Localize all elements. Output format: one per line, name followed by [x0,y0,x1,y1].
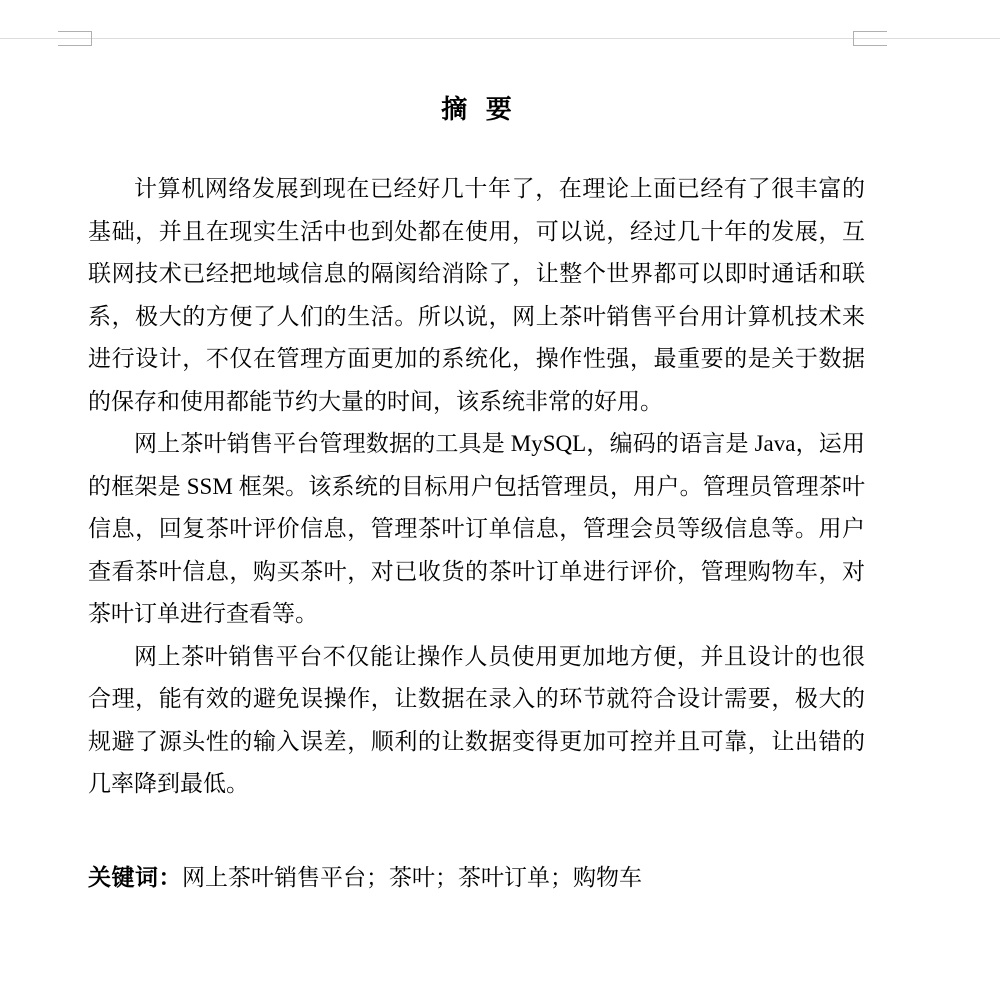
abstract-paragraph-2: 网上茶叶销售平台管理数据的工具是 MySQL，编码的语言是 Java，运用的框架… [88,423,865,636]
abstract-paragraph-3: 网上茶叶销售平台不仅能让操作人员使用更加地方便，并且设计的也很合理，能有效的避免… [88,636,865,806]
keywords-line: 关键词：网上茶叶销售平台；茶叶；茶叶订单；购物车 [88,856,865,900]
text-boundary-crop-mark-left [58,31,92,46]
keywords-text: 网上茶叶销售平台；茶叶；茶叶订单；购物车 [182,865,642,890]
abstract-title: 摘 要 [88,97,865,123]
abstract-content: 摘 要 计算机网络发展到现在已经好几十年了，在理论上面已经有了很丰富的基础，并且… [88,0,865,899]
abstract-paragraph-1: 计算机网络发展到现在已经好几十年了，在理论上面已经有了很丰富的基础，并且在现实生… [88,168,865,423]
document-page: 摘 要 计算机网络发展到现在已经好几十年了，在理论上面已经有了很丰富的基础，并且… [0,0,1000,993]
keywords-label: 关键词： [88,864,182,890]
